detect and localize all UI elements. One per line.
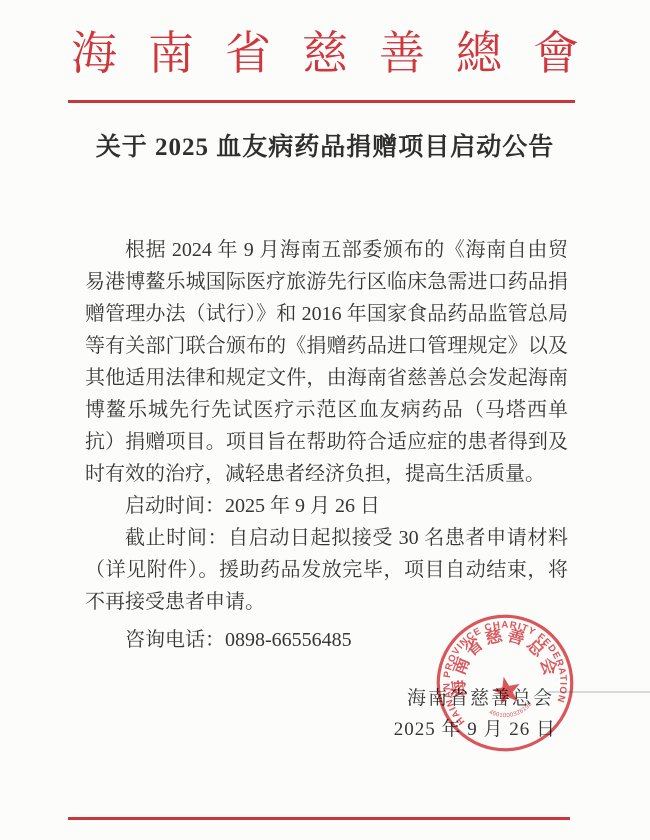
paragraph-background: 根据 2024 年 9 月海南五部委颁布的《海南自由贸易港博鳌乐城国际医疗旅游先… [85, 234, 568, 490]
document-title: 关于 2025 血友病药品捐赠项目启动公告 [40, 127, 610, 163]
seal-registration-code: 4601000326196 [487, 700, 536, 723]
paragraph-start-time: 启动时间：2025 年 9 月 26 日 [85, 490, 568, 522]
footer-rule [68, 817, 570, 820]
charity-official-seal: HAINAN PROVINCE CHARITY FEDERATION 海南省慈善… [434, 612, 576, 754]
svg-text:4601000326196: 4601000326196 [487, 700, 536, 723]
paragraph-deadline: 截止时间：自启动日起拟接受 30 名患者申请材料（详见附件）。援助药品发放完毕，… [85, 522, 568, 618]
letterhead-title: 海南省慈善總會 [0, 28, 650, 81]
letterhead-rule [68, 100, 575, 103]
star-icon [490, 674, 523, 706]
document-page: 海南省慈善總會 关于 2025 血友病药品捐赠项目启动公告 根据 2024 年 … [0, 0, 650, 840]
document-body: 根据 2024 年 9 月海南五部委颁布的《海南自由贸易港博鳌乐城国际医疗旅游先… [85, 234, 568, 656]
